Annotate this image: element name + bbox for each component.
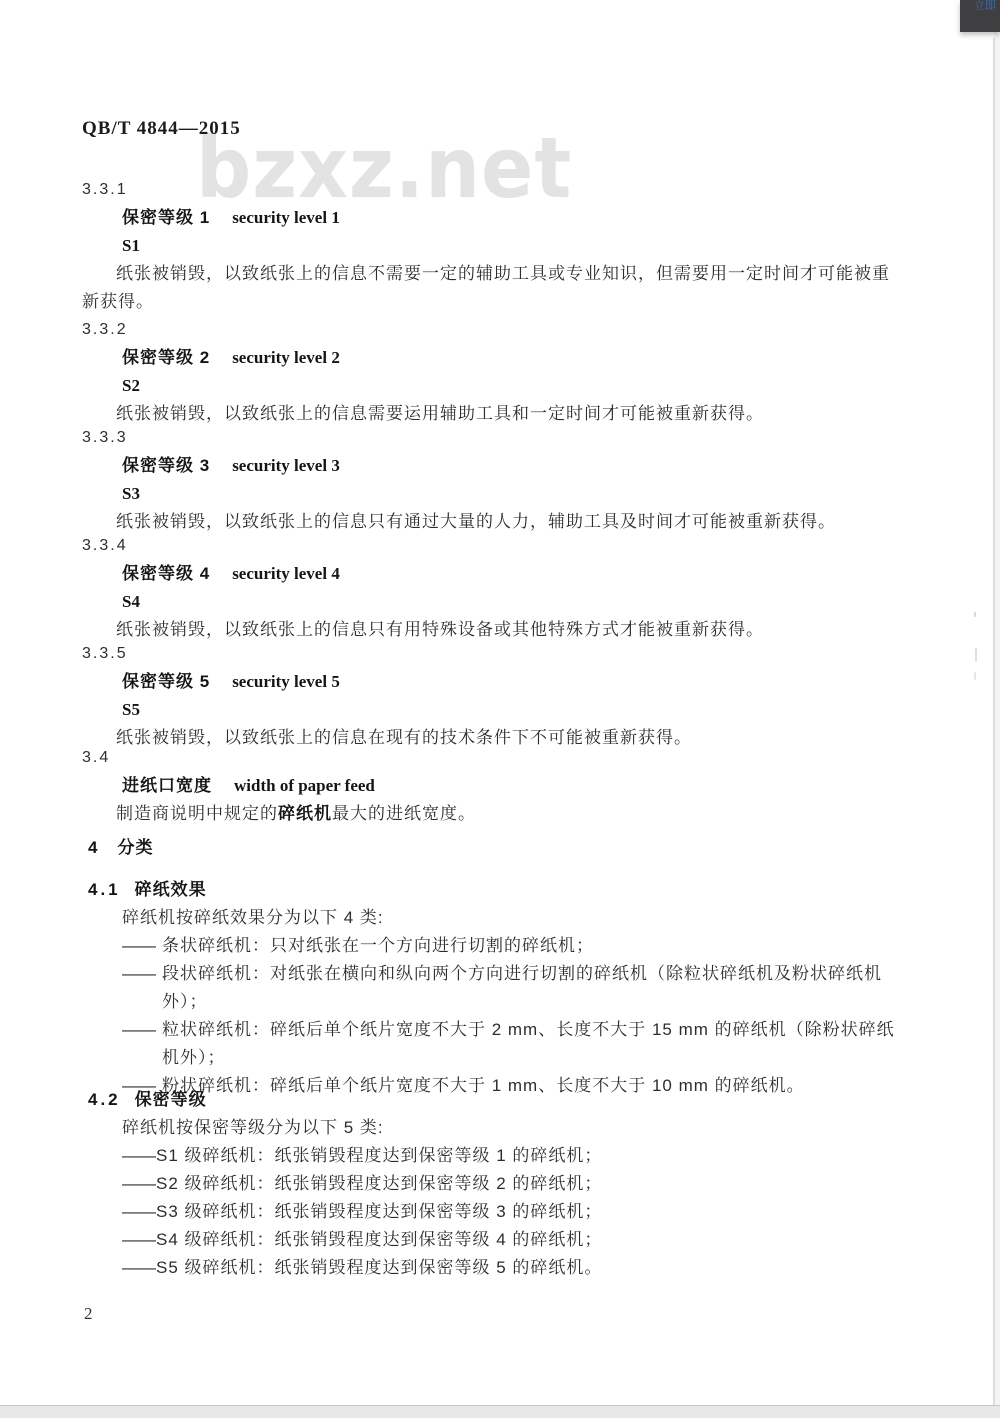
list-dash: ——: [122, 1016, 156, 1044]
term-heading: 保密等级 3security level 3: [122, 452, 904, 480]
list-dash: ——: [122, 1142, 156, 1170]
list-item: ——S1 级碎纸机：纸张销毁程度达到保密等级 1 的碎纸机；: [82, 1142, 904, 1170]
list-dash: ——: [122, 1170, 156, 1198]
term-heading: 保密等级 5security level 5: [122, 668, 904, 696]
page-edge-line: [993, 38, 995, 1405]
term-section-3-3-1: 3.3.1 保密等级 1security level 1 S1 纸张被销毁，以致…: [82, 176, 904, 316]
list-item: ——段状碎纸机：对纸张在横向和纵向两个方向进行切割的碎纸机（除粒状碎纸机及粉状碎…: [82, 960, 904, 1016]
list-item-text: S1 级碎纸机：纸张销毁程度达到保密等级 1 的碎纸机；: [156, 1146, 602, 1165]
term-en: security level 4: [232, 564, 340, 583]
chapter-4-heading: 4分类: [82, 834, 904, 862]
term-definition: 制造商说明中规定的碎纸机最大的进纸宽度。: [82, 800, 904, 828]
list-dash: ——: [122, 1198, 156, 1226]
list-item-text: S4 级碎纸机：纸张销毁程度达到保密等级 4 的碎纸机；: [156, 1230, 602, 1249]
list-dash: ——: [122, 1254, 156, 1282]
term-en: security level 2: [232, 348, 340, 367]
term-section-3-3-4: 3.3.4 保密等级 4security level 4 S4 纸张被销毁，以致…: [82, 532, 904, 644]
subsection-intro: 碎纸机按保密等级分为以下 5 类:: [122, 1114, 904, 1142]
download-overlay-button[interactable]: 立即: [960, 0, 1000, 32]
term-heading: 保密等级 1security level 1: [122, 204, 904, 232]
chapter-number: 4: [88, 838, 99, 857]
section-number: 3.3.5: [82, 640, 904, 668]
scan-artifact: [974, 612, 976, 617]
term-en: width of paper feed: [234, 776, 375, 795]
subsection-title: 保密等级: [135, 1090, 207, 1109]
term-section-3-3-3: 3.3.3 保密等级 3security level 3 S3 纸张被销毁，以致…: [82, 424, 904, 536]
term-symbol: S4: [122, 588, 904, 616]
subsection-4-1: 4.1碎纸效果 碎纸机按碎纸效果分为以下 4 类: ——条状碎纸机：只对纸张在一…: [82, 876, 904, 1100]
term-zh: 保密等级 2: [122, 348, 210, 367]
list-item: ——条状碎纸机：只对纸张在一个方向进行切割的碎纸机；: [82, 932, 904, 960]
section-number: 3.3.2: [82, 316, 904, 344]
subsection-number: 4.2: [88, 1090, 121, 1109]
term-heading: 保密等级 4security level 4: [122, 560, 904, 588]
list-item: ——S4 级碎纸机：纸张销毁程度达到保密等级 4 的碎纸机；: [82, 1226, 904, 1254]
subsection-intro: 碎纸机按碎纸效果分为以下 4 类:: [122, 904, 904, 932]
term-heading: 进纸口宽度width of paper feed: [122, 772, 904, 800]
list-dash: ——: [122, 1226, 156, 1254]
term-en: security level 3: [232, 456, 340, 475]
term-zh: 保密等级 3: [122, 456, 210, 475]
term-en: security level 5: [232, 672, 340, 691]
term-zh: 保密等级 4: [122, 564, 210, 583]
term-symbol: S2: [122, 372, 904, 400]
list-item-text: 条状碎纸机：只对纸张在一个方向进行切割的碎纸机；: [162, 936, 594, 955]
subsection-title: 碎纸效果: [135, 880, 207, 899]
subsection-4-2: 4.2保密等级 碎纸机按保密等级分为以下 5 类: ——S1 级碎纸机：纸张销毁…: [82, 1086, 904, 1282]
list-item-text: 粒状碎纸机：碎纸后单个纸片宽度不大于 2 mm、长度不大于 15 mm 的碎纸机…: [162, 1020, 895, 1067]
page-number: 2: [84, 1304, 93, 1324]
term-section-3-3-5: 3.3.5 保密等级 5security level 5 S5 纸张被销毁，以致…: [82, 640, 904, 752]
download-overlay-label: 立即: [974, 0, 996, 13]
list-dash: ——: [122, 932, 156, 960]
list-item-text: S3 级碎纸机：纸张销毁程度达到保密等级 3 的碎纸机；: [156, 1202, 602, 1221]
list-item-text: S5 级碎纸机：纸张销毁程度达到保密等级 5 的碎纸机。: [156, 1258, 602, 1277]
standard-code: QB/T 4844—2015: [82, 118, 241, 140]
term-symbol: S1: [122, 232, 904, 260]
subsection-number: 4.1: [88, 880, 121, 899]
term-definition: 纸张被销毁，以致纸张上的信息不需要一定的辅助工具或专业知识，但需要用一定时间才可…: [82, 260, 904, 316]
bold-term: 碎纸机: [278, 804, 332, 823]
term-section-3-4: 3.4 进纸口宽度width of paper feed 制造商说明中规定的碎纸…: [82, 744, 904, 828]
section-number: 3.3.4: [82, 532, 904, 560]
section-number: 3.4: [82, 744, 904, 772]
scan-bottom-strip: [0, 1405, 1000, 1418]
term-symbol: S3: [122, 480, 904, 508]
list-item-text: S2 级碎纸机：纸张销毁程度达到保密等级 2 的碎纸机；: [156, 1174, 602, 1193]
chapter-title: 分类: [117, 838, 153, 857]
list-dash: ——: [122, 960, 156, 988]
section-number: 3.3.1: [82, 176, 904, 204]
scan-artifact: [975, 648, 977, 662]
list-item: ——粒状碎纸机：碎纸后单个纸片宽度不大于 2 mm、长度不大于 15 mm 的碎…: [82, 1016, 904, 1072]
term-section-3-3-2: 3.3.2 保密等级 2security level 2 S2 纸张被销毁，以致…: [82, 316, 904, 428]
list-item: ——S5 级碎纸机：纸张销毁程度达到保密等级 5 的碎纸机。: [82, 1254, 904, 1282]
term-zh: 保密等级 5: [122, 672, 210, 691]
term-symbol: S5: [122, 696, 904, 724]
term-heading: 保密等级 2security level 2: [122, 344, 904, 372]
scan-artifact: [974, 672, 976, 680]
section-number: 3.3.3: [82, 424, 904, 452]
term-en: security level 1: [232, 208, 340, 227]
list-item: ——S3 级碎纸机：纸张销毁程度达到保密等级 3 的碎纸机；: [82, 1198, 904, 1226]
list-item-text: 段状碎纸机：对纸张在横向和纵向两个方向进行切割的碎纸机（除粒状碎纸机及粉状碎纸机…: [162, 964, 882, 1011]
scanned-document-page: { "chrome": { "overlay_label": "立即", "ov…: [0, 0, 1000, 1418]
list-item: ——S2 级碎纸机：纸张销毁程度达到保密等级 2 的碎纸机；: [82, 1170, 904, 1198]
term-zh: 进纸口宽度: [122, 776, 212, 795]
term-zh: 保密等级 1: [122, 208, 210, 227]
